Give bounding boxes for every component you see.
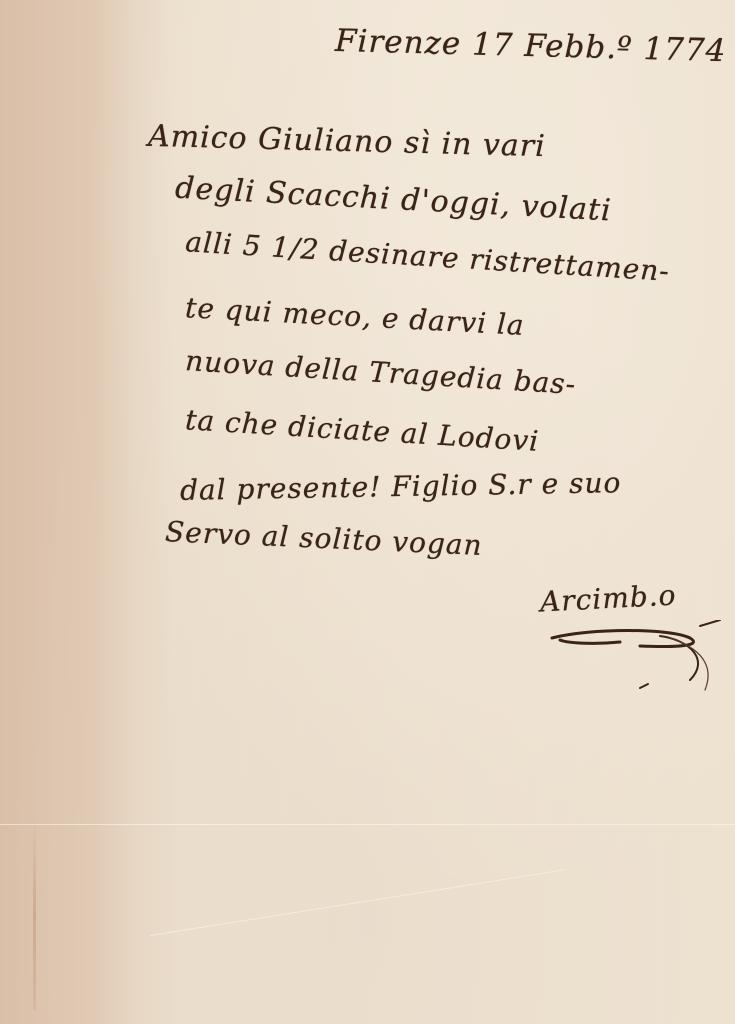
paper-fold-line — [0, 824, 735, 825]
margin-stain — [33, 820, 36, 1010]
signature-flourish-icon — [540, 620, 730, 700]
